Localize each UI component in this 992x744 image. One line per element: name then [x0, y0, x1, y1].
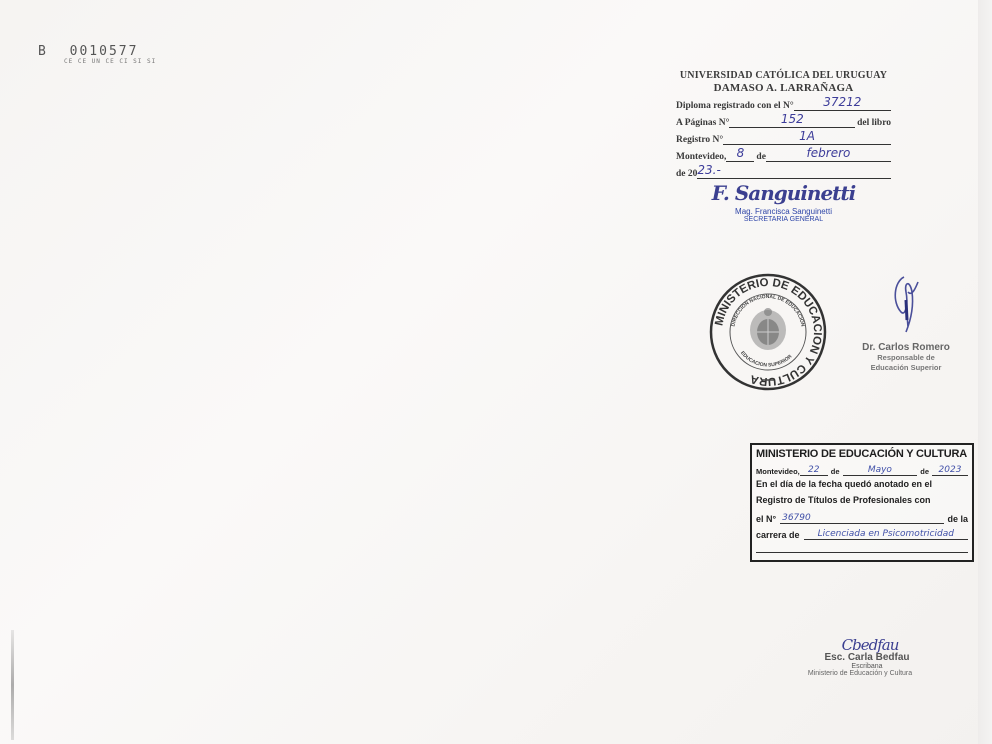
- year-row: de 20 23.-: [676, 162, 891, 179]
- serial-subcode: CE CE UN CE CI SI SI: [64, 58, 156, 65]
- box-city-label: Montevideo,: [756, 467, 800, 476]
- romero-name: Dr. Carlos Romero: [846, 342, 966, 353]
- diploma-number: 37212: [794, 96, 891, 111]
- notary-role: Escribana: [809, 663, 925, 670]
- box-day-value: 22: [800, 465, 828, 476]
- registro-value: 1A: [723, 130, 891, 145]
- notary-name: Esc. Carla Bedfau: [809, 652, 925, 663]
- university-subtitle: DAMASO A. LARRAÑAGA: [676, 82, 891, 94]
- box-de-label-2: de: [920, 467, 929, 476]
- de-label: de: [756, 152, 766, 162]
- box-text-line-1: En el día de la fecha quedó anotado en e…: [756, 476, 968, 492]
- secretary-name: Mag. Francisca Sanguinetti: [676, 207, 891, 216]
- box-blank-line: [756, 552, 968, 553]
- day-value: 8: [726, 147, 754, 162]
- box-number-value: 36790: [780, 513, 944, 524]
- box-date-row: Montevideo, 22 de Mayo de 2023: [756, 460, 968, 476]
- city-label: Montevideo,: [676, 152, 726, 162]
- box-number-row: el N° 36790 de la: [756, 508, 968, 524]
- serial-number: B 0010577 CE CE UN CE CI SI SI: [38, 44, 156, 65]
- page-edge-shadow: [978, 0, 992, 744]
- coat-of-arms-icon: [750, 308, 786, 350]
- box-month-value: Mayo: [843, 465, 918, 476]
- month-value: febrero: [766, 147, 891, 162]
- box-career-row: carrera de Licenciada en Psicomotricidad: [756, 524, 968, 540]
- serial-digits: 0010577: [70, 44, 139, 59]
- registro-row: Registro N° 1A: [676, 128, 891, 145]
- binding-mark: [11, 630, 14, 740]
- romero-role-2: Educación Superior: [846, 363, 966, 373]
- university-name: UNIVERSIDAD CATÓLICA DEL URUGUAY: [676, 70, 891, 82]
- date-row: Montevideo, 8 de febrero: [676, 145, 891, 162]
- pages-value: 152: [729, 113, 855, 128]
- secretary-signature: F. Sanguinetti: [676, 181, 891, 205]
- box-text-line-2: Registro de Títulos de Profesionales con: [756, 492, 968, 508]
- ministry-registration-box: MINISTERIO DE EDUCACIÓN Y CULTURA Montev…: [750, 443, 974, 562]
- book-label: del libro: [857, 118, 891, 128]
- ministry-seal: MINISTERIO DE EDUCACION Y CULTURA DIRECC…: [708, 272, 828, 392]
- serial-prefix: B: [38, 44, 48, 59]
- pages-label: A Páginas N°: [676, 118, 729, 128]
- box-career-label: carrera de: [756, 530, 800, 540]
- box-career-value: Licenciada en Psicomotricidad: [804, 529, 968, 540]
- box-number-label: el N°: [756, 514, 776, 524]
- box-year-value: 2023: [932, 465, 968, 476]
- box-title: MINISTERIO DE EDUCACIÓN Y CULTURA: [756, 448, 968, 460]
- notary-organization: Ministerio de Educación y Cultura: [795, 670, 925, 677]
- secretary-title: SECRETARIA GENERAL: [676, 216, 891, 223]
- romero-signature-icon: [846, 272, 966, 342]
- year-label: de 20: [676, 169, 697, 179]
- ministry-signer-block: Dr. Carlos Romero Responsable de Educaci…: [846, 272, 966, 373]
- diploma-row: Diploma registrado con el N° 37212: [676, 94, 891, 111]
- university-registration-stamp: UNIVERSIDAD CATÓLICA DEL URUGUAY DAMASO …: [676, 70, 891, 223]
- registro-label: Registro N°: [676, 135, 723, 145]
- year-value: 23.-: [697, 164, 891, 179]
- notary-block: Cbedfau Esc. Carla Bedfau Escribana Mini…: [795, 636, 925, 677]
- romero-role-1: Responsable de: [846, 353, 966, 363]
- box-de-la-label: de la: [947, 514, 968, 524]
- diploma-label: Diploma registrado con el N°: [676, 101, 794, 111]
- box-de-label: de: [831, 467, 840, 476]
- pages-row: A Páginas N° 152 del libro: [676, 111, 891, 128]
